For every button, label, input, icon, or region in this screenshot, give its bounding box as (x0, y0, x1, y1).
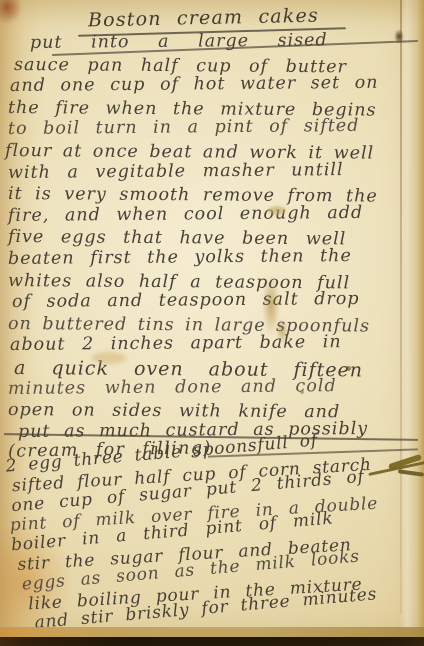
recipe-line: minutes when done and cold (8, 375, 424, 400)
recipe-body: put into a large sised sauce pan half cu… (0, 33, 424, 443)
dark-spot-right-edge (394, 29, 404, 44)
paper-spot (268, 206, 286, 215)
recipe-line: and one cup of hot water set on (10, 73, 424, 98)
filling-section: 2 egg three table spoonsfull of sifted f… (0, 422, 424, 635)
handwritten-recipe-page: Boston cream cakes put into a large sise… (0, 0, 424, 646)
book-binding-shadow (0, 637, 424, 646)
speck (300, 390, 304, 394)
recipe-line: put into a large sised (30, 30, 424, 55)
recipe-title: Boston cream cakes (88, 5, 319, 32)
recipe-line: beaten first the yolks then the (8, 245, 424, 270)
recipe-line: of soda and teaspoon salt drop (12, 289, 424, 314)
corner-stain-top-left (0, 0, 22, 24)
faint-stain (92, 352, 126, 364)
recipe-line: fire, and when cool enough add (8, 202, 424, 227)
recipe-line: about 2 inches apart bake in (10, 332, 424, 357)
recipe-line: with a vegitable masher untill (8, 159, 424, 184)
speck (346, 366, 351, 371)
drip-stain-small (276, 318, 288, 344)
recipe-line: to boil turn in a pint of sifted (8, 116, 424, 141)
